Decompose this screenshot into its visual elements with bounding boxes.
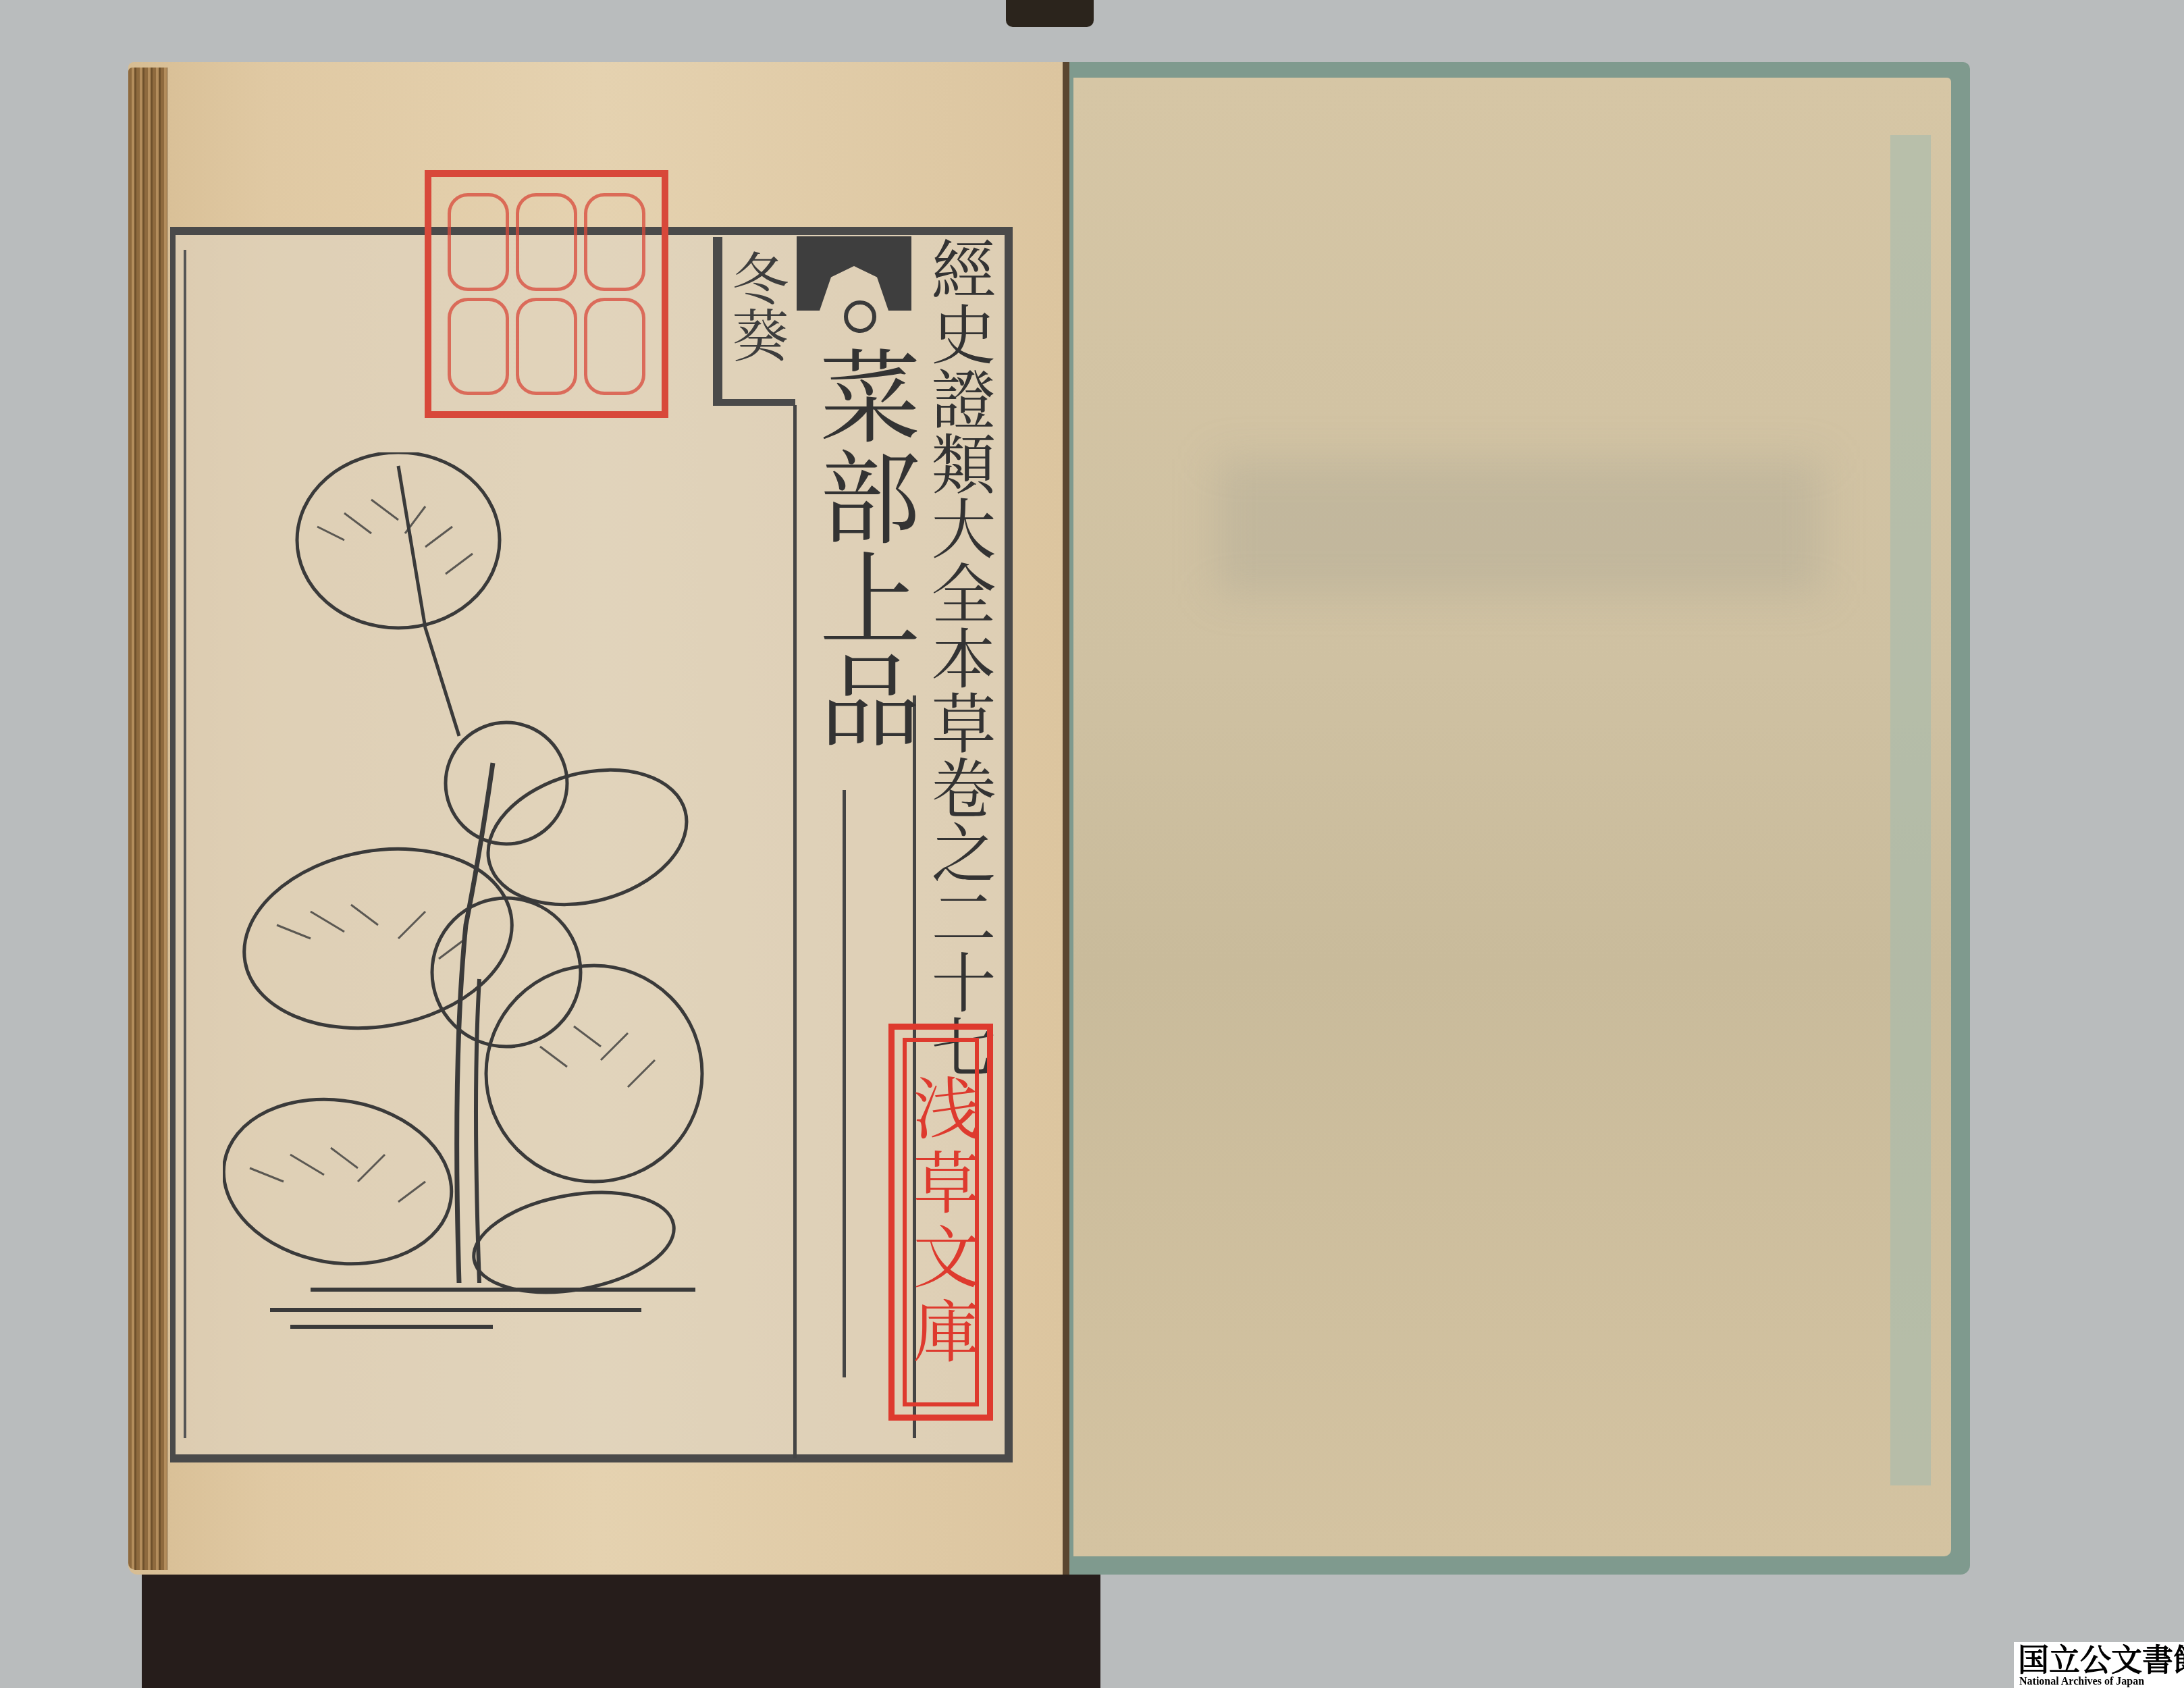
square-seal xyxy=(425,170,668,418)
archive-logo: 国立公文書館 National Archives of Japan xyxy=(2014,1642,2184,1688)
seal-glyph xyxy=(516,298,577,396)
page-edges xyxy=(128,68,167,1570)
frame-inner-line xyxy=(184,250,186,1438)
plant-illustration xyxy=(223,452,749,1330)
tall-seal-text: 浅草文庫 xyxy=(904,1074,978,1371)
paper-stain xyxy=(1215,459,1823,594)
section-heading: 菜部上品 xyxy=(810,344,918,749)
logo-japanese: 国立公文書館 xyxy=(2018,1642,2184,1677)
seal-glyph xyxy=(516,193,577,291)
column-rule xyxy=(793,405,797,1458)
book-cover-bottom xyxy=(142,1560,1100,1688)
circle-mark xyxy=(844,300,876,333)
volume-title: 經史證類大全本草卷之二十七 xyxy=(915,236,996,1079)
seal-glyph xyxy=(584,193,645,291)
column-rule xyxy=(843,790,846,1377)
plant-label: 冬葵 xyxy=(729,250,790,363)
tall-seal-inner-border: 浅草文庫 xyxy=(903,1038,979,1406)
logo-english: National Archives of Japan xyxy=(2019,1676,2144,1688)
seal-glyph xyxy=(584,298,645,396)
book-cover-top xyxy=(1006,0,1094,27)
paper-edge xyxy=(1890,135,1931,1485)
tall-seal: 浅草文庫 xyxy=(888,1024,993,1421)
right-page xyxy=(1073,78,1951,1556)
gutter xyxy=(1063,62,1069,1575)
seal-glyph xyxy=(448,193,509,291)
seal-glyph xyxy=(448,298,509,396)
